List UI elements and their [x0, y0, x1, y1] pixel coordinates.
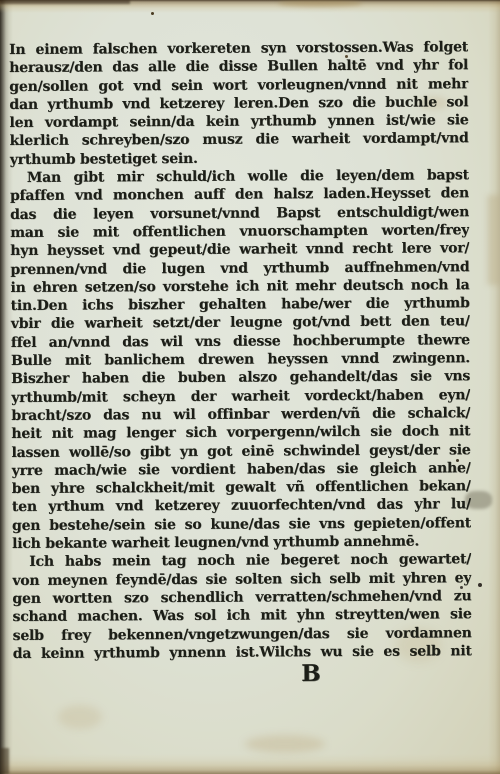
- text-line: da keinn yrthumb ynnenn ist.Wilchs wu si…: [13, 642, 472, 663]
- text-line: heit nit mag lenger sich vorpergenn/wilc…: [11, 422, 470, 443]
- corner-shadow: [0, 748, 9, 774]
- foxing-spot: [245, 735, 325, 753]
- ink-speck: [151, 12, 154, 15]
- top-edge-stain: [278, 0, 362, 7]
- book-page: In einem falschen vorkereten syn vorstos…: [0, 0, 500, 774]
- foxing-spot: [58, 705, 102, 729]
- text-block: In einem falschen vorkereten syn vorstos…: [9, 38, 472, 663]
- text-line: ten yrthum vnd ketzerey zuuorfechten/vnd…: [12, 496, 471, 517]
- text-line: Biszher haben die buben alszo gehandelt/…: [11, 368, 470, 389]
- text-line: schand machen. Was sol ich mit yhn strey…: [12, 605, 471, 626]
- text-line: pfaffen vnd monchen auff den halsz laden…: [10, 185, 469, 206]
- top-edge-stain: [0, 0, 130, 4]
- signature-mark: B: [296, 660, 326, 687]
- ink-speck: [478, 583, 482, 587]
- text-line: Ich habs mein tag noch nie begeret noch …: [12, 550, 471, 571]
- text-line: herausz/den das alle die disse Bullen ha…: [9, 56, 468, 77]
- right-edge-stain: [487, 195, 500, 285]
- text-line: vbir die warheit setzt/der leugne got/vn…: [11, 313, 470, 334]
- text-line: klerlich schreyben/szo musz die warheit …: [10, 130, 469, 151]
- text-line: hyn heysset vnd gepeut/die warheit vnnd …: [10, 239, 469, 260]
